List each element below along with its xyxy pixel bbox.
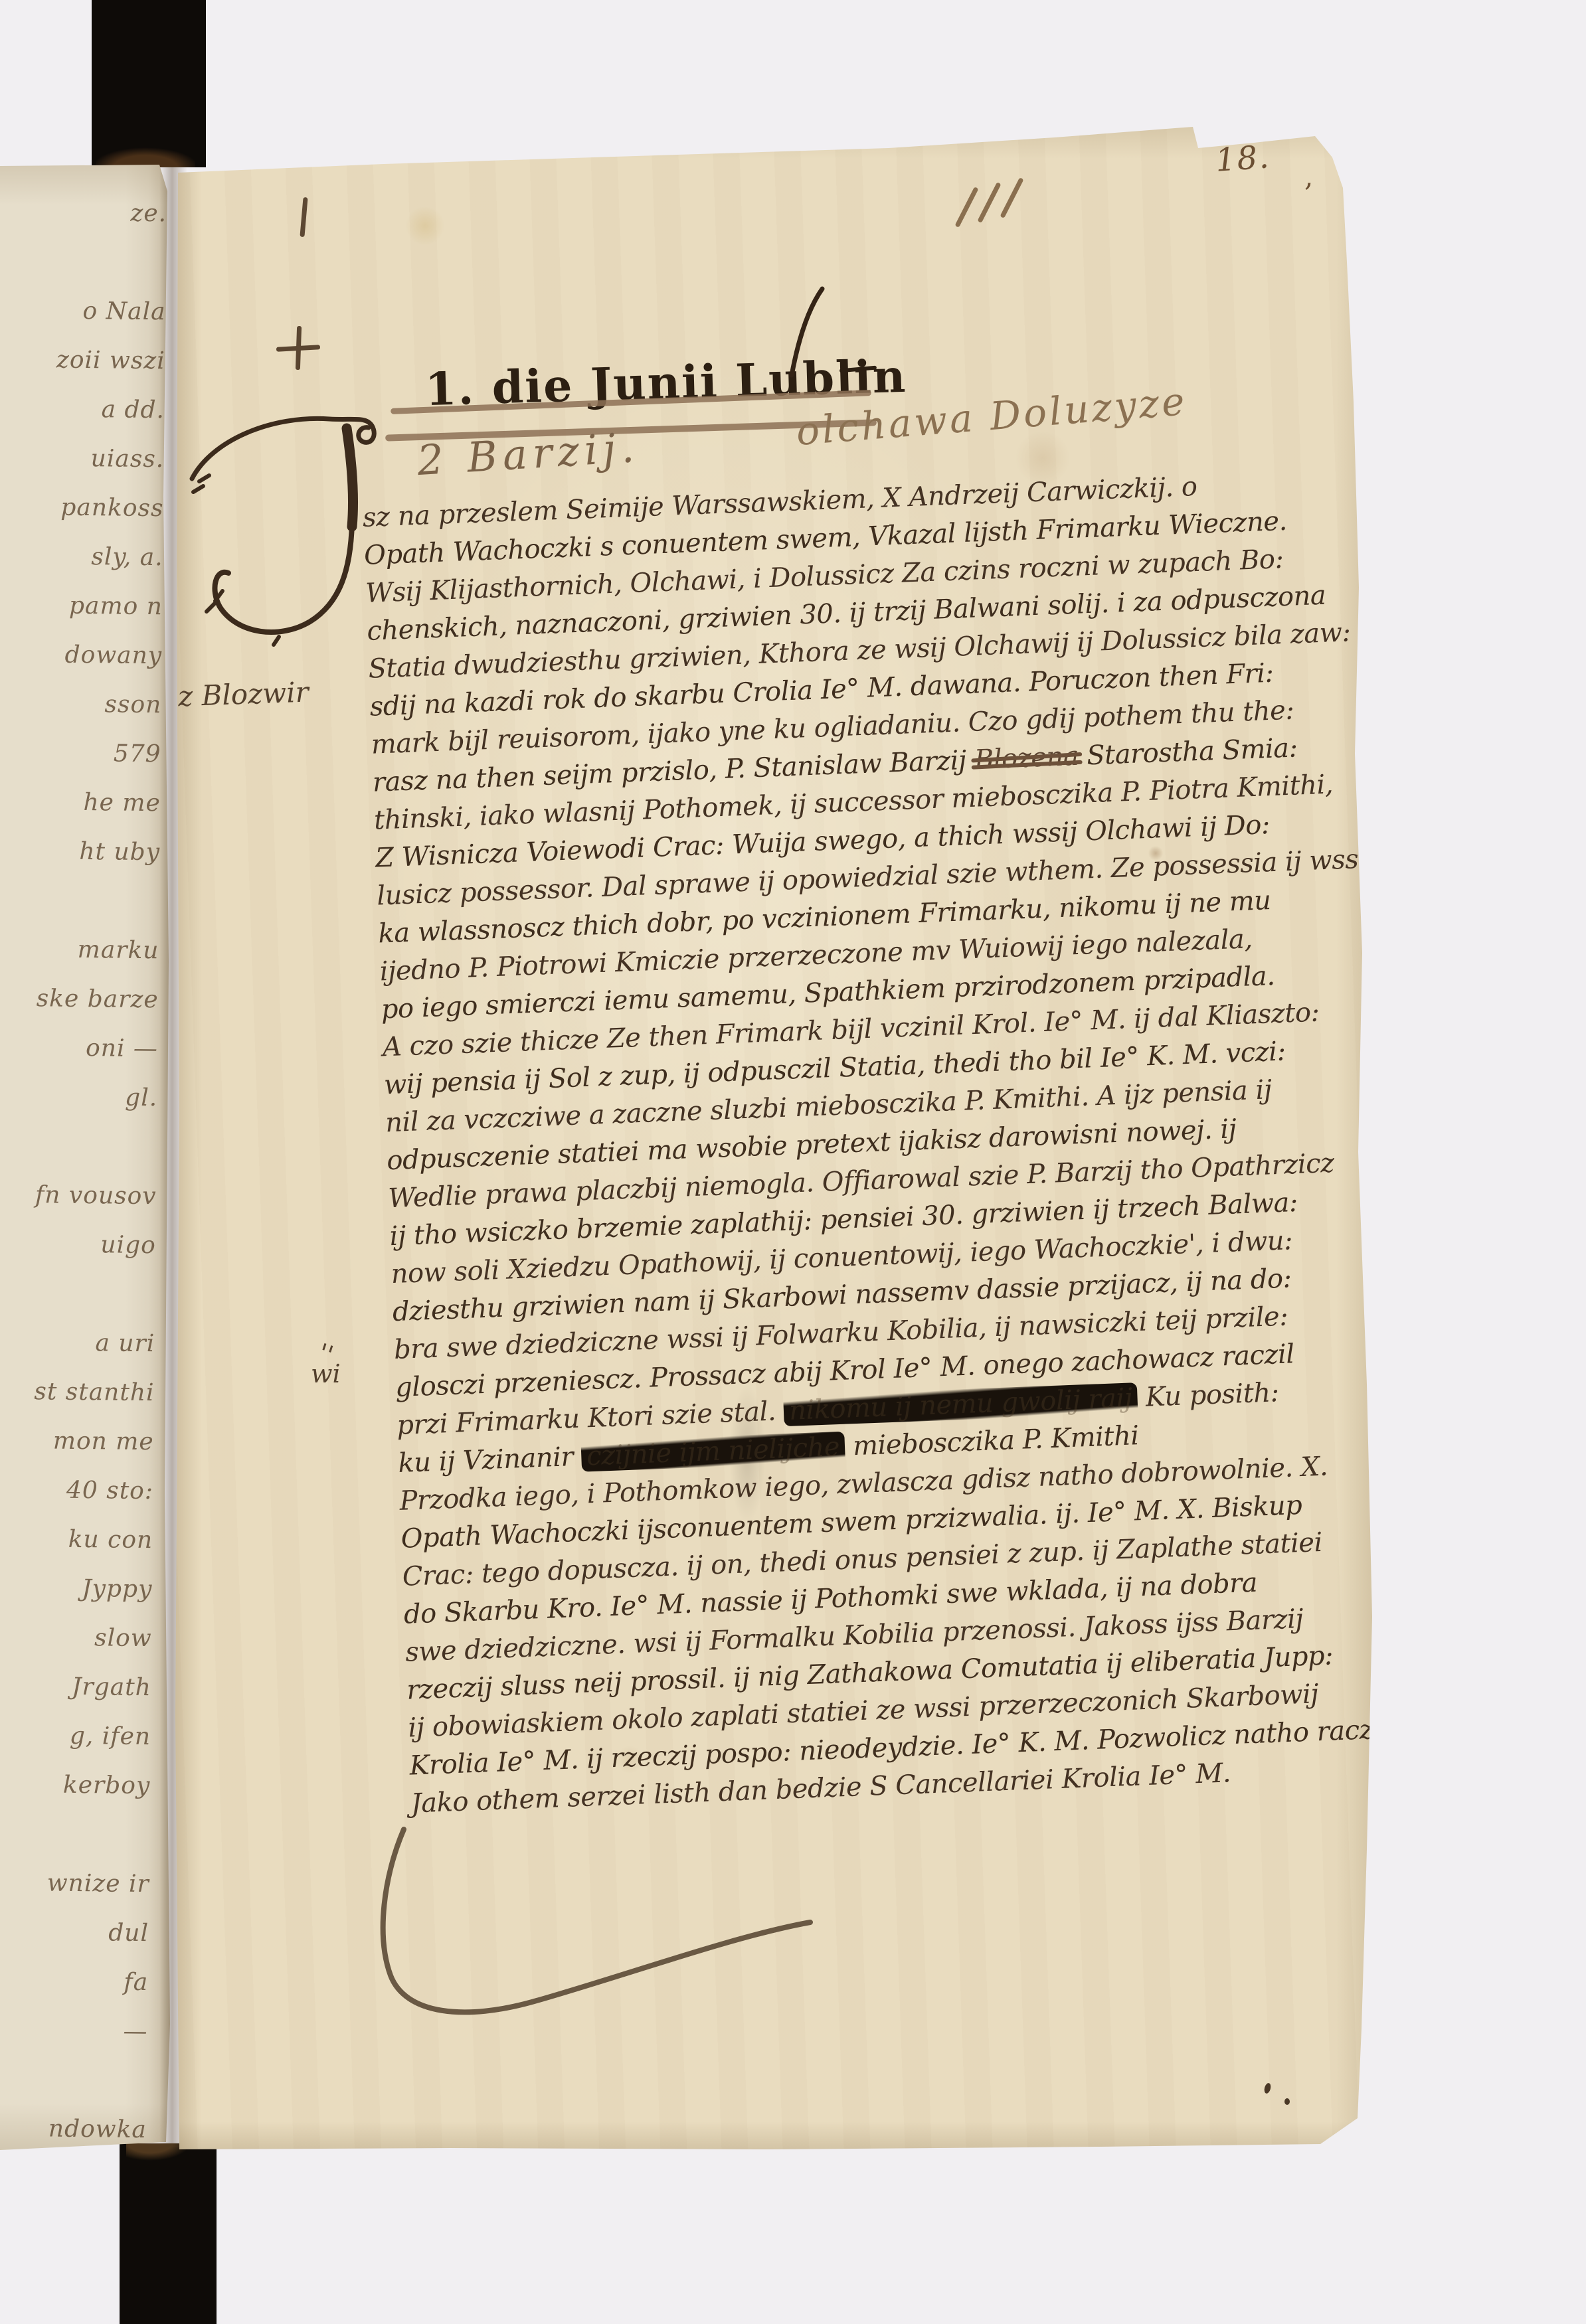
left-page-fragment [0, 2055, 147, 2106]
left-page-fragment: pamo n [6, 581, 163, 631]
left-page-fragment [9, 237, 167, 288]
left-page-fragment: — [0, 2006, 148, 2056]
left-page-fragment: Jyppy [0, 1564, 153, 1614]
left-page-fragment: slow [0, 1613, 152, 1663]
left-page-fragment [0, 1121, 157, 1172]
manuscript-scan: { "page_number": "18.", "corner_mark": "… [0, 0, 1586, 2324]
left-page-fragment: fn vousov [0, 1171, 157, 1221]
left-page-fragment: mon me [0, 1416, 154, 1467]
left-page-fragment [3, 876, 160, 926]
left-page-fragment: dowany [5, 630, 163, 681]
left-page-fragment: uigo [0, 1220, 156, 1270]
left-page-fragment: st stanthi [0, 1367, 155, 1418]
ink-dot [1284, 2098, 1290, 2105]
binding-strip-top [92, 0, 206, 167]
left-page-fragment: fa [0, 1957, 149, 2007]
left-page-fragment: oni — [1, 1023, 159, 1074]
triple-slash-mark [952, 176, 1032, 236]
left-page-fragment [0, 1269, 155, 1319]
left-page-fragment: 40 sto: [0, 1465, 153, 1516]
left-page-fragment: sson [5, 679, 162, 730]
struck-word: Blozena [974, 738, 1079, 780]
ink-dot [1263, 2082, 1272, 2094]
left-page-fragment [0, 1809, 150, 1860]
left-page-fragment: uiass. [7, 434, 165, 484]
corner-comma-mark: , [1304, 160, 1313, 193]
left-page-fragment: pankoss [7, 483, 164, 533]
left-page-fragment: g, ifen [0, 1711, 151, 1762]
margin-note-blozow: z Blozwir [177, 676, 309, 713]
plus-mark [276, 326, 320, 370]
ink-blot-redaction: czijnie ijm nielijche [580, 1432, 845, 1472]
left-page-fragment: o Nala [9, 286, 166, 337]
closing-line-swash [364, 1823, 829, 2035]
left-page-fragment: a dd. [8, 384, 165, 435]
left-page-fragment: ze. [10, 188, 167, 238]
insertion-slash-mark [784, 284, 830, 380]
left-page-fragment: zoii wszi [8, 335, 165, 386]
left-page-fragment: wnize ir [0, 1859, 149, 1909]
left-page-fragment: Jrgath [0, 1662, 151, 1712]
left-page-fragment: he me [3, 778, 161, 828]
left-page-fragment: kerboy [0, 1760, 151, 1811]
left-page-fragment: a uri [0, 1318, 155, 1369]
left-page-fragment: sly, a. [6, 532, 163, 582]
left-page-fragment: ht uby [3, 827, 161, 877]
left-page-fragment: 579 [4, 728, 161, 779]
left-page-fragment: dul [0, 1908, 149, 1958]
left-page-fragment: marku [2, 925, 159, 975]
facing-page-text: ze.o Nalazoii wszia dd.uiass.pankosssly,… [0, 188, 173, 2155]
body-text: sz na przeslem Seimije Warssawskiem, X A… [362, 462, 1411, 1823]
facing-page-edge: ze.o Nalazoii wszia dd.uiass.pankosssly,… [0, 165, 171, 2150]
left-page-fragment: ku con [0, 1515, 153, 1565]
left-page-fragment: gl. [1, 1072, 158, 1123]
page-number: 18. [1214, 138, 1271, 179]
tick-mark [300, 197, 308, 237]
manuscript-page: 18. , 1. die Junii Lublin olchawa Doluzy… [171, 123, 1376, 2152]
binding-strip-bottom [120, 2143, 217, 2324]
margin-note-wi: wi [311, 1359, 341, 1388]
left-page-fragment: ske barze [1, 974, 159, 1025]
